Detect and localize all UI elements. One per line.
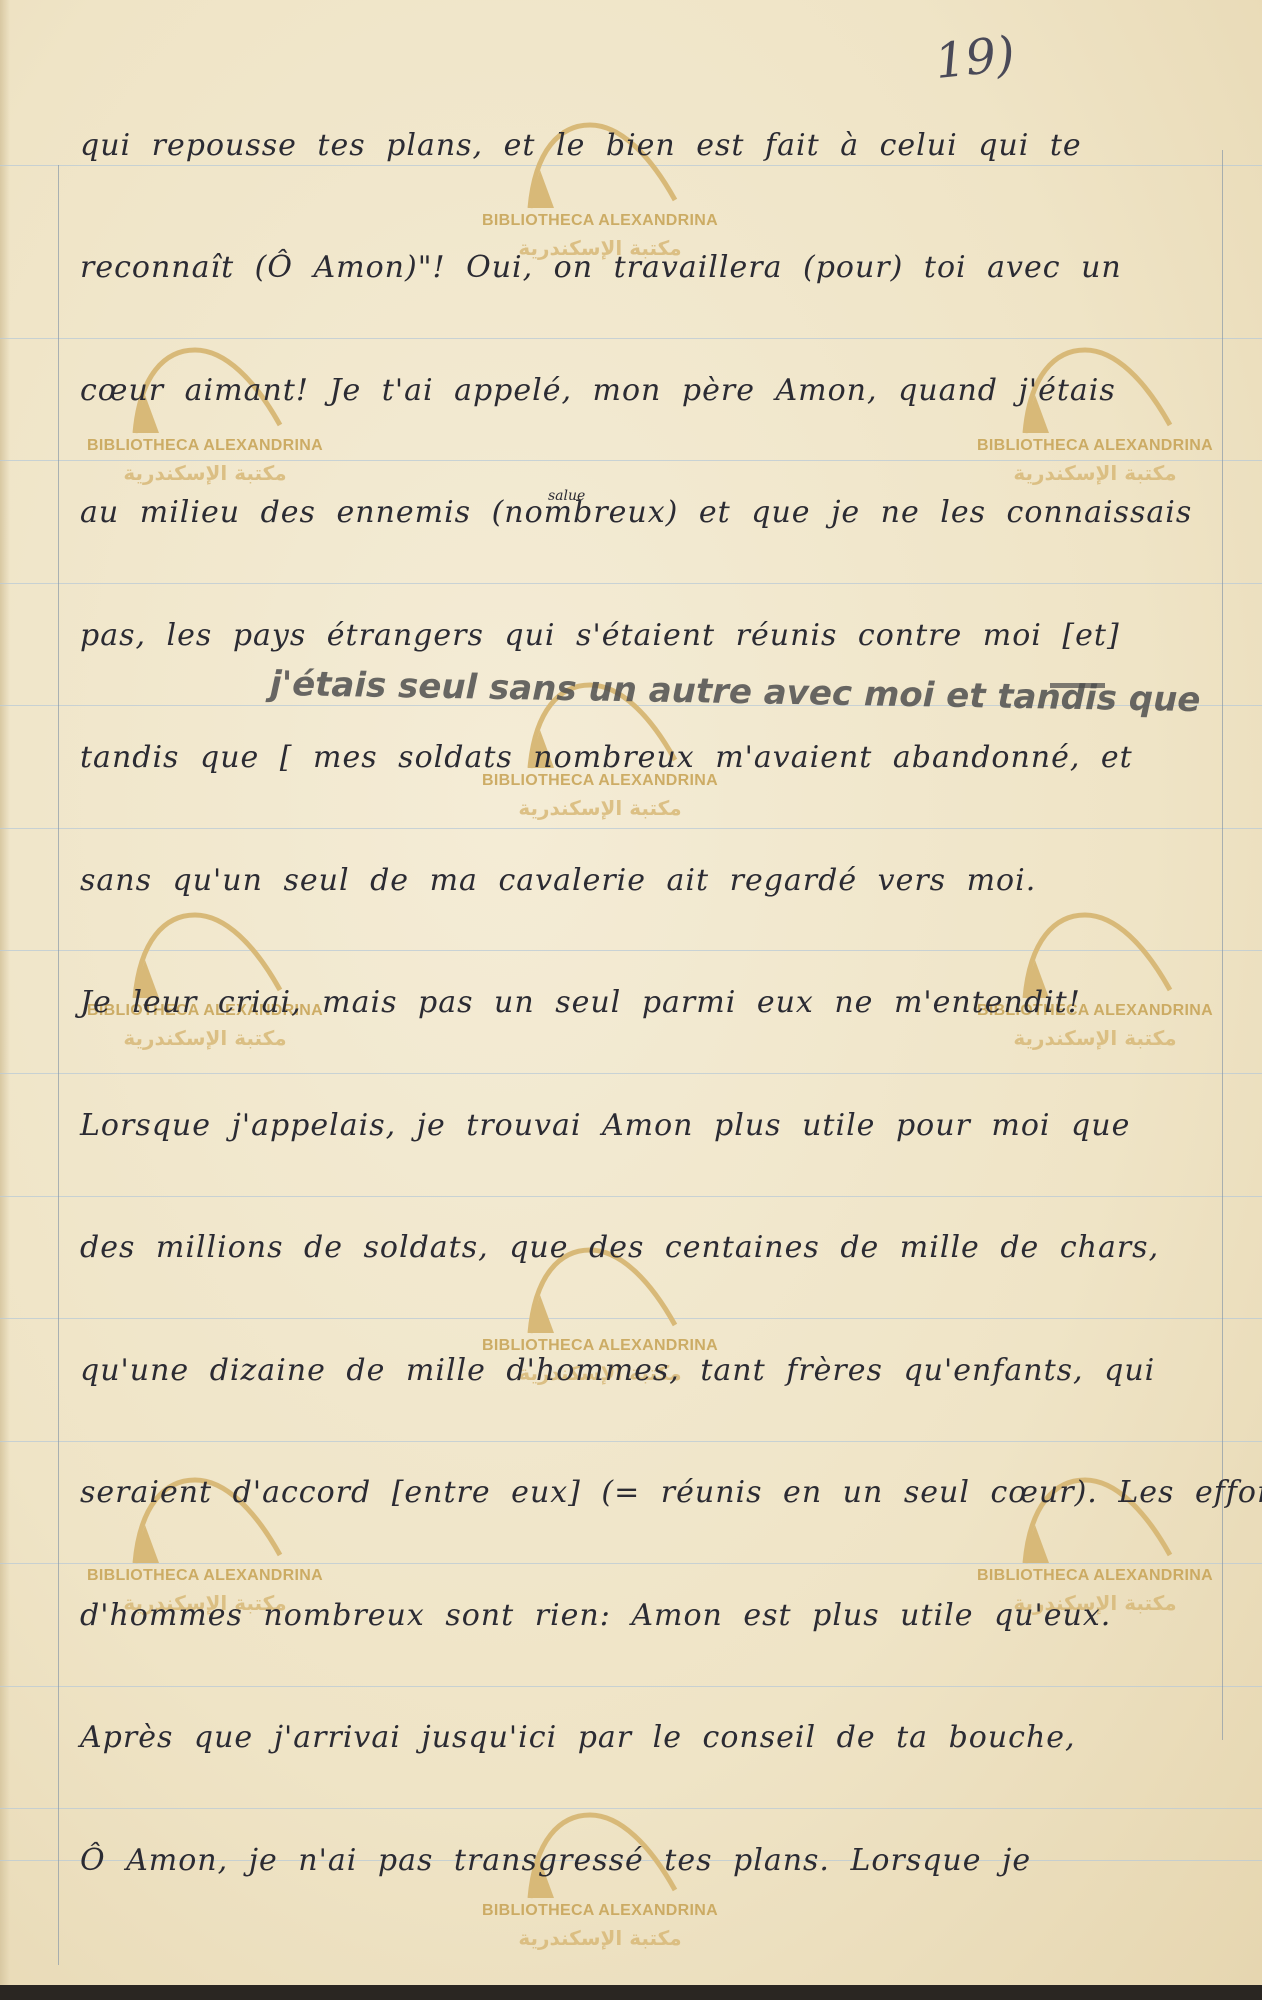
text-line: au milieu des ennemis (nombreux) et que … <box>80 495 1210 530</box>
ruled-line <box>0 338 1262 339</box>
pencil-insertion: j'étais seul sans un autre avec moi et t… <box>270 664 1201 720</box>
text-line: Après que j'arrivai jusqu'ici par le con… <box>80 1720 1210 1755</box>
watermark-text-ar: مكتبة الإسكندرية <box>450 796 750 820</box>
text-line: tandis que [ mes soldats nombreux m'avai… <box>80 740 1210 775</box>
watermark-text-ar: مكتبة الإسكندرية <box>55 1026 355 1050</box>
text-line: pas, les pays étrangers qui s'étaient ré… <box>80 618 1210 653</box>
watermark-text-ar: مكتبة الإسكندرية <box>945 1026 1245 1050</box>
binding-shadow <box>0 0 10 1985</box>
left-margin-line <box>58 165 59 1965</box>
ruled-line <box>0 583 1262 584</box>
ruled-line <box>0 165 1262 166</box>
watermark-text-en: BIBLIOTHECA ALEXANDRINA <box>450 1902 750 1920</box>
text-line: d'hommes nombreux sont rien: Amon est pl… <box>80 1598 1210 1633</box>
text-line: reconnaît (Ô Amon)"! Oui, on travaillera… <box>80 250 1210 285</box>
watermark: BIBLIOTHECA ALEXANDRINA مكتبة الإسكندرية <box>450 1245 750 1415</box>
text-line: des millions de soldats, que des centain… <box>80 1230 1210 1265</box>
watermark-text-en: BIBLIOTHECA ALEXANDRINA <box>945 437 1245 455</box>
ruled-line <box>0 460 1262 461</box>
watermark-text-en: BIBLIOTHECA ALEXANDRINA <box>55 1567 355 1585</box>
ruled-line <box>0 1686 1262 1687</box>
text-line: qu'une dizaine de mille d'hommes, tant f… <box>80 1353 1210 1388</box>
watermark-text-en: BIBLIOTHECA ALEXANDRINA <box>55 437 355 455</box>
ruled-line <box>0 950 1262 951</box>
scan-bottom-edge <box>0 1985 1262 2000</box>
ruled-line <box>0 1563 1262 1564</box>
watermark-text-en: BIBLIOTHECA ALEXANDRINA <box>945 1567 1245 1585</box>
watermark: BIBLIOTHECA ALEXANDRINA مكتبة الإسكندرية <box>55 345 355 515</box>
text-line: Lorsque j'appelais, je trouvai Amon plus… <box>80 1108 1210 1143</box>
text-line: qui repousse tes plans, et le bien est f… <box>80 128 1210 163</box>
watermark-text-ar: مكتبة الإسكندرية <box>450 1926 750 1950</box>
page-number: 19) <box>932 26 1017 90</box>
ruled-line <box>0 1318 1262 1319</box>
ruled-line <box>0 1808 1262 1809</box>
watermark: BIBLIOTHECA ALEXANDRINA مكتبة الإسكندرية <box>450 1810 750 1980</box>
watermark: BIBLIOTHECA ALEXANDRINA مكتبة الإسكندرية <box>945 345 1245 515</box>
text-line: Je leur criai, mais pas un seul parmi eu… <box>80 985 1210 1020</box>
watermark-text-en: BIBLIOTHECA ALEXANDRINA <box>450 212 750 230</box>
ruled-line <box>0 1441 1262 1442</box>
ruled-line <box>0 1073 1262 1074</box>
watermark-text-ar: مكتبة الإسكندرية <box>945 461 1245 485</box>
watermark-text-ar: مكتبة الإسكندرية <box>55 461 355 485</box>
ruled-line <box>0 1196 1262 1197</box>
ruled-line <box>0 828 1262 829</box>
text-line: sans qu'un seul de ma cavalerie ait rega… <box>80 863 1210 898</box>
text-line: cœur aimant! Je t'ai appelé, mon père Am… <box>80 373 1210 408</box>
manuscript-page: BIBLIOTHECA ALEXANDRINA مكتبة الإسكندرية… <box>0 0 1262 1985</box>
text-line: seraient d'accord [entre eux] (= réunis … <box>80 1475 1210 1510</box>
text-line: Ô Amon, je n'ai pas transgressé tes plan… <box>80 1843 1210 1878</box>
